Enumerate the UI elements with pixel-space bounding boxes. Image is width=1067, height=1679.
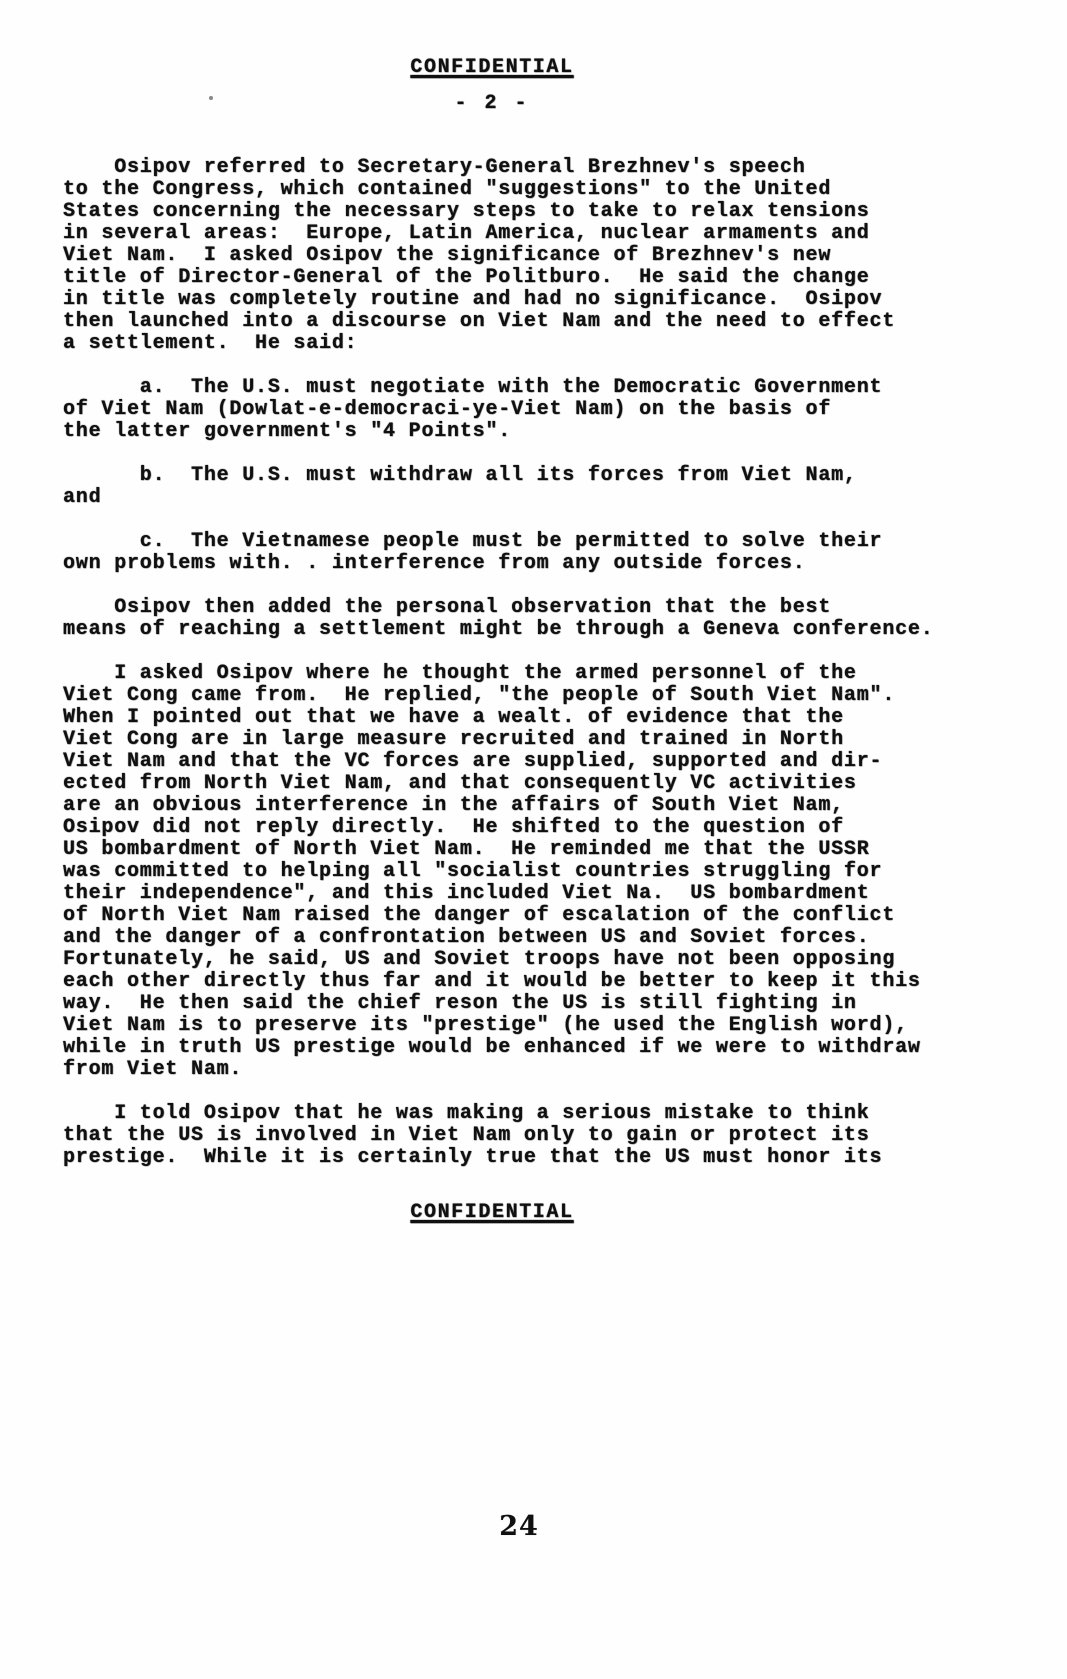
text-line: was committed to helping all "socialist … — [63, 861, 921, 883]
text-line: Viet Cong came from. He replied, "the pe… — [63, 685, 921, 707]
text-block: CONFIDENTIAL - 2 - Osipov referred to Se… — [63, 57, 921, 1538]
text-line: each other directly thus far and it woul… — [63, 971, 921, 993]
text-line: while in truth US prestige would be enha… — [63, 1037, 921, 1059]
text-line: c. The Vietnamese people must be permitt… — [63, 531, 921, 553]
classification-footer: CONFIDENTIAL — [63, 1202, 921, 1224]
classification-header: CONFIDENTIAL — [63, 57, 921, 79]
text-line: and the danger of a confrontation betwee… — [63, 927, 921, 949]
paragraph: I asked Osipov where he thought the arme… — [63, 663, 921, 1081]
text-line: are an obvious interference in the affai… — [63, 795, 921, 817]
text-line: of Viet Nam (Dowlat-e-democraci-ye-Viet … — [63, 399, 921, 421]
text-line: their independence", and this included V… — [63, 883, 921, 905]
text-line: a settlement. He said: — [63, 333, 921, 355]
paragraph: c. The Vietnamese people must be permitt… — [63, 531, 921, 575]
page-number-bottom: 24 — [90, 1516, 948, 1538]
text-line: from Viet Nam. — [63, 1059, 921, 1081]
text-line: States concerning the necessary steps to… — [63, 201, 921, 223]
text-line: Viet Nam is to preserve its "prestige" (… — [63, 1015, 921, 1037]
text-line: I asked Osipov where he thought the arme… — [63, 663, 921, 685]
paragraph: a. The U.S. must negotiate with the Demo… — [63, 377, 921, 443]
page-number-top: - 2 - — [63, 93, 921, 115]
text-line: prestige. While it is certainly true tha… — [63, 1147, 921, 1169]
text-line: Osipov then added the personal observati… — [63, 597, 921, 619]
text-line: own problems with. . interference from a… — [63, 553, 921, 575]
paragraph: b. The U.S. must withdraw all its forces… — [63, 465, 921, 509]
text-line: title of Director-General of the Politbu… — [63, 267, 921, 289]
text-line: Viet Nam. I asked Osipov the significanc… — [63, 245, 921, 267]
text-line: US bombardment of North Viet Nam. He rem… — [63, 839, 921, 861]
document-body: Osipov referred to Secretary-General Bre… — [63, 157, 921, 1169]
paragraph: Osipov referred to Secretary-General Bre… — [63, 157, 921, 355]
text-line: in several areas: Europe, Latin America,… — [63, 223, 921, 245]
text-line: b. The U.S. must withdraw all its forces… — [63, 465, 921, 487]
paragraph: I told Osipov that he was making a serio… — [63, 1103, 921, 1169]
text-line: the latter government's "4 Points". — [63, 421, 921, 443]
text-line: a. The U.S. must negotiate with the Demo… — [63, 377, 921, 399]
text-line: When I pointed out that we have a wealt.… — [63, 707, 921, 729]
text-line: that the US is involved in Viet Nam only… — [63, 1125, 921, 1147]
text-line: way. He then said the chief reson the US… — [63, 993, 921, 1015]
text-line: of North Viet Nam raised the danger of e… — [63, 905, 921, 927]
text-line: ected from North Viet Nam, and that cons… — [63, 773, 921, 795]
text-line: to the Congress, which contained "sugges… — [63, 179, 921, 201]
text-line: means of reaching a settlement might be … — [63, 619, 921, 641]
paragraph: Osipov then added the personal observati… — [63, 597, 921, 641]
text-line: in title was completely routine and had … — [63, 289, 921, 311]
text-line: Osipov referred to Secretary-General Bre… — [63, 157, 921, 179]
text-line: Viet Nam and that the VC forces are supp… — [63, 751, 921, 773]
text-line: Viet Cong are in large measure recruited… — [63, 729, 921, 751]
scan-speck — [209, 96, 213, 100]
text-line: Osipov did not reply directly. He shifte… — [63, 817, 921, 839]
text-line: and — [63, 487, 921, 509]
text-line: Fortunately, he said, US and Soviet troo… — [63, 949, 921, 971]
text-line: I told Osipov that he was making a serio… — [63, 1103, 921, 1125]
document-page: CONFIDENTIAL - 2 - Osipov referred to Se… — [0, 0, 1067, 1679]
text-line: then launched into a discourse on Viet N… — [63, 311, 921, 333]
